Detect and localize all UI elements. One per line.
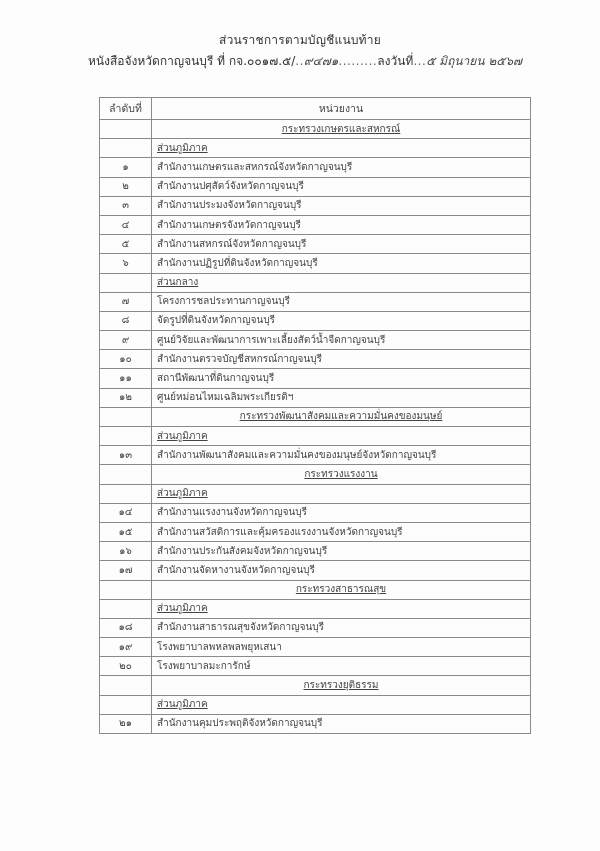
order-number bbox=[100, 120, 152, 139]
order-number bbox=[100, 695, 152, 714]
agency-name: สำนักงานพัฒนาสังคมและความมั่นคงของมนุษย์… bbox=[152, 446, 531, 465]
section-heading-row: ส่วนภูมิภาค bbox=[100, 695, 531, 714]
order-number: ๖ bbox=[100, 254, 152, 273]
order-number bbox=[100, 599, 152, 618]
section-name: ส่วนภูมิภาค bbox=[152, 484, 531, 503]
agency-name: สำนักงานสาธารณสุขจังหวัดกาญจนบุรี bbox=[152, 618, 531, 637]
section-name: ส่วนภูมิภาค bbox=[152, 427, 531, 446]
section-heading-row: ส่วนภูมิภาค bbox=[100, 484, 531, 503]
order-number bbox=[100, 484, 152, 503]
ministry-heading-row: กระทรวงยุติธรรม bbox=[100, 676, 531, 695]
order-number: ๑๖ bbox=[100, 542, 152, 561]
order-number bbox=[100, 676, 152, 695]
agency-name: สำนักงานประมงจังหวัดกาญจนบุรี bbox=[152, 196, 531, 215]
order-number bbox=[100, 407, 152, 426]
order-number: ๑๙ bbox=[100, 638, 152, 657]
table-row: ๖สำนักงานปฏิรูปที่ดินจังหวัดกาญจนบุรี bbox=[100, 254, 531, 273]
order-number: ๕ bbox=[100, 235, 152, 254]
agency-name: สถานีพัฒนาที่ดินกาญจนบุรี bbox=[152, 369, 531, 388]
document-reference-line: หนังสือจังหวัดกาญจนบุรี ที่ กจ.๐๐๑๗.๕/..… bbox=[88, 52, 558, 71]
ministry-name: กระทรวงสาธารณสุข bbox=[152, 580, 531, 599]
section-name: ส่วนภูมิภาค bbox=[152, 599, 531, 618]
order-number: ๑๘ bbox=[100, 618, 152, 637]
order-number: ๑๓ bbox=[100, 446, 152, 465]
agency-name: สำนักงานเกษตรและสหกรณ์จังหวัดกาญจนบุรี bbox=[152, 158, 531, 177]
header-agency: หน่วยงาน bbox=[152, 98, 531, 120]
order-number bbox=[100, 465, 152, 484]
ministry-heading-row: กระทรวงแรงงาน bbox=[100, 465, 531, 484]
reference-number: ๙๔๗๑ bbox=[304, 54, 339, 68]
section-name: ส่วนกลาง bbox=[152, 273, 531, 292]
order-number bbox=[100, 139, 152, 158]
order-number: ๑๔ bbox=[100, 503, 152, 522]
date-value: ๕ มิถุนายน ๒๕๖๗ bbox=[426, 54, 522, 68]
order-number: ๙ bbox=[100, 331, 152, 350]
order-number: ๑ bbox=[100, 158, 152, 177]
order-number: ๒๑ bbox=[100, 714, 152, 733]
dotted-leader: ... bbox=[413, 54, 426, 68]
ministry-name: กระทรวงเกษตรและสหกรณ์ bbox=[152, 120, 531, 139]
document-page: ส่วนราชการตามบัญชีแนบท้าย หนังสือจังหวัด… bbox=[0, 0, 600, 851]
table-row: ๕สำนักงานสหกรณ์จังหวัดกาญจนบุรี bbox=[100, 235, 531, 254]
order-number: ๓ bbox=[100, 196, 152, 215]
date-label: ลงวันที่ bbox=[377, 54, 413, 68]
reference-prefix: หนังสือจังหวัดกาญจนบุรี ที่ กจ.๐๐๑๗.๕/ bbox=[88, 54, 295, 68]
table-row: ๑๐สำนักงานตรวจบัญชีสหกรณ์กาญจนบุรี bbox=[100, 350, 531, 369]
table-row: ๓สำนักงานประมงจังหวัดกาญจนบุรี bbox=[100, 196, 531, 215]
dotted-leader: ......... bbox=[338, 54, 377, 68]
table-row: ๑๓สำนักงานพัฒนาสังคมและความมั่นคงของมนุษ… bbox=[100, 446, 531, 465]
table-row: ๘จัดรูปที่ดินจังหวัดกาญจนบุรี bbox=[100, 311, 531, 330]
table-header-row: ลำดับที่ หน่วยงาน bbox=[100, 98, 531, 120]
table-row: ๑๖สำนักงานประกันสังคมจังหวัดกาญจนบุรี bbox=[100, 542, 531, 561]
order-number: ๑๕ bbox=[100, 522, 152, 541]
table-row: ๑๘สำนักงานสาธารณสุขจังหวัดกาญจนบุรี bbox=[100, 618, 531, 637]
order-number bbox=[100, 427, 152, 446]
agency-name: จัดรูปที่ดินจังหวัดกาญจนบุรี bbox=[152, 311, 531, 330]
table-row: ๔สำนักงานเกษตรจังหวัดกาญจนบุรี bbox=[100, 215, 531, 234]
agency-name: สำนักงานคุมประพฤติจังหวัดกาญจนบุรี bbox=[152, 714, 531, 733]
order-number: ๑๐ bbox=[100, 350, 152, 369]
ministry-name: กระทรวงแรงงาน bbox=[152, 465, 531, 484]
order-number: ๔ bbox=[100, 215, 152, 234]
table-row: ๑๕สำนักงานสวัสดิการและคุ้มครองแรงงานจังห… bbox=[100, 522, 531, 541]
table-row: ๑๑สถานีพัฒนาที่ดินกาญจนบุรี bbox=[100, 369, 531, 388]
order-number bbox=[100, 273, 152, 292]
document-title: ส่วนราชการตามบัญชีแนบท้าย bbox=[0, 31, 600, 50]
table-row: ๙ศูนย์วิจัยและพัฒนาการเพาะเลี้ยงสัตว์น้ำ… bbox=[100, 331, 531, 350]
section-heading-row: ส่วนภูมิภาค bbox=[100, 139, 531, 158]
ministry-name: กระทรวงยุติธรรม bbox=[152, 676, 531, 695]
table-row: ๑สำนักงานเกษตรและสหกรณ์จังหวัดกาญจนบุรี bbox=[100, 158, 531, 177]
order-number: ๑๗ bbox=[100, 561, 152, 580]
table-row: ๗โครงการชลประทานกาญจนบุรี bbox=[100, 292, 531, 311]
agency-name: สำนักงานจัดหางานจังหวัดกาญจนบุรี bbox=[152, 561, 531, 580]
agency-name: สำนักงานสวัสดิการและคุ้มครองแรงงานจังหวั… bbox=[152, 522, 531, 541]
section-name: ส่วนภูมิภาค bbox=[152, 695, 531, 714]
dotted-leader: .. bbox=[295, 54, 304, 68]
agency-name: โรงพยาบาลมะการักษ์ bbox=[152, 657, 531, 676]
agency-name: ศูนย์หม่อนไหมเฉลิมพระเกียรติฯ bbox=[152, 388, 531, 407]
section-name: ส่วนภูมิภาค bbox=[152, 139, 531, 158]
section-heading-row: ส่วนภูมิภาค bbox=[100, 427, 531, 446]
table-body: กระทรวงเกษตรและสหกรณ์ส่วนภูมิภาค๑สำนักงา… bbox=[100, 120, 531, 734]
table-row: ๑๒ศูนย์หม่อนไหมเฉลิมพระเกียรติฯ bbox=[100, 388, 531, 407]
agency-name: สำนักงานตรวจบัญชีสหกรณ์กาญจนบุรี bbox=[152, 350, 531, 369]
ministry-heading-row: กระทรวงเกษตรและสหกรณ์ bbox=[100, 120, 531, 139]
agency-name: สำนักงานเกษตรจังหวัดกาญจนบุรี bbox=[152, 215, 531, 234]
section-heading-row: ส่วนกลาง bbox=[100, 273, 531, 292]
order-number: ๒๐ bbox=[100, 657, 152, 676]
order-number bbox=[100, 580, 152, 599]
order-number: ๑๑ bbox=[100, 369, 152, 388]
agency-name: สำนักงานปฏิรูปที่ดินจังหวัดกาญจนบุรี bbox=[152, 254, 531, 273]
order-number: ๒ bbox=[100, 177, 152, 196]
ministry-heading-row: กระทรวงสาธารณสุข bbox=[100, 580, 531, 599]
order-number: ๗ bbox=[100, 292, 152, 311]
table-row: ๑๙โรงพยาบาลพหลพลพยุหเสนา bbox=[100, 638, 531, 657]
table-row: ๑๔สำนักงานแรงงานจังหวัดกาญจนบุรี bbox=[100, 503, 531, 522]
agency-name: สำนักงานประกันสังคมจังหวัดกาญจนบุรี bbox=[152, 542, 531, 561]
order-number: ๘ bbox=[100, 311, 152, 330]
agency-list-table: ลำดับที่ หน่วยงาน กระทรวงเกษตรและสหกรณ์ส… bbox=[99, 97, 531, 734]
agency-name: โครงการชลประทานกาญจนบุรี bbox=[152, 292, 531, 311]
ministry-heading-row: กระทรวงพัฒนาสังคมและความมั่นคงของมนุษย์ bbox=[100, 407, 531, 426]
table-row: ๒สำนักงานปศุสัตว์จังหวัดกาญจนบุรี bbox=[100, 177, 531, 196]
table-row: ๑๗สำนักงานจัดหางานจังหวัดกาญจนบุรี bbox=[100, 561, 531, 580]
agency-name: สำนักงานสหกรณ์จังหวัดกาญจนบุรี bbox=[152, 235, 531, 254]
table-row: ๒๐โรงพยาบาลมะการักษ์ bbox=[100, 657, 531, 676]
agency-name: โรงพยาบาลพหลพลพยุหเสนา bbox=[152, 638, 531, 657]
ministry-name: กระทรวงพัฒนาสังคมและความมั่นคงของมนุษย์ bbox=[152, 407, 531, 426]
agency-name: ศูนย์วิจัยและพัฒนาการเพาะเลี้ยงสัตว์น้ำจ… bbox=[152, 331, 531, 350]
agency-name: สำนักงานแรงงานจังหวัดกาญจนบุรี bbox=[152, 503, 531, 522]
header-order-number: ลำดับที่ bbox=[100, 98, 152, 120]
order-number: ๑๒ bbox=[100, 388, 152, 407]
section-heading-row: ส่วนภูมิภาค bbox=[100, 599, 531, 618]
table-row: ๒๑สำนักงานคุมประพฤติจังหวัดกาญจนบุรี bbox=[100, 714, 531, 733]
agency-name: สำนักงานปศุสัตว์จังหวัดกาญจนบุรี bbox=[152, 177, 531, 196]
